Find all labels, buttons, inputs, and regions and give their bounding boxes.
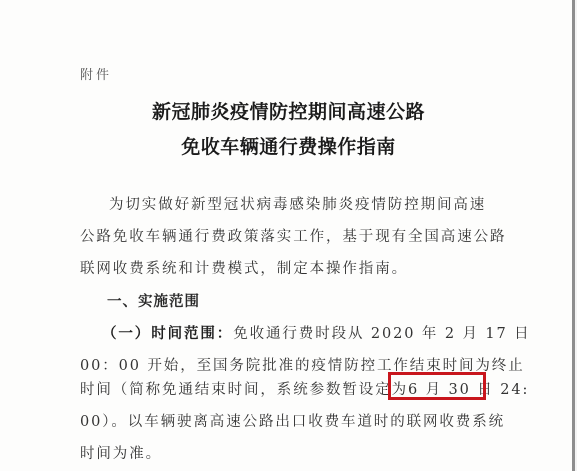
attachment-label: 附件 (80, 64, 112, 83)
intro-line-3: 联网收费系统和计费模式，制定本操作指南。 (80, 257, 408, 278)
document-title-line-2: 免收车辆通行费操作指南 (0, 132, 577, 159)
subsection-label: （一）时间范围： (102, 325, 233, 342)
document-title-line-1: 新冠肺炎疫情防控期间高速公路 (0, 97, 577, 124)
subsection-line-3-text: 时间（简称免通结束时间，系统参数暂设定为 (80, 382, 408, 398)
intro-line-2: 公路免收车辆通行费政策落实工作，基于现有全国高速公路 (80, 225, 506, 246)
red-highlight-box (388, 372, 486, 400)
subsection-line-4: 00）。以车辆驶离高速公路出口收费车道时的联网收费系统 (80, 410, 505, 431)
intro-line-1: 为切实做好新型冠状病毒感染肺炎疫情防控期间高速 (109, 193, 486, 214)
section-heading: 一、实施范围 (107, 290, 200, 311)
subsection-line-1-text: 免收通行费时段从 2020 年 2 月 17 日 (233, 326, 530, 342)
subsection-line-5: 时间为准。 (80, 442, 162, 463)
subsection-line-1: （一）时间范围：免收通行费时段从 2020 年 2 月 17 日 (102, 322, 531, 343)
